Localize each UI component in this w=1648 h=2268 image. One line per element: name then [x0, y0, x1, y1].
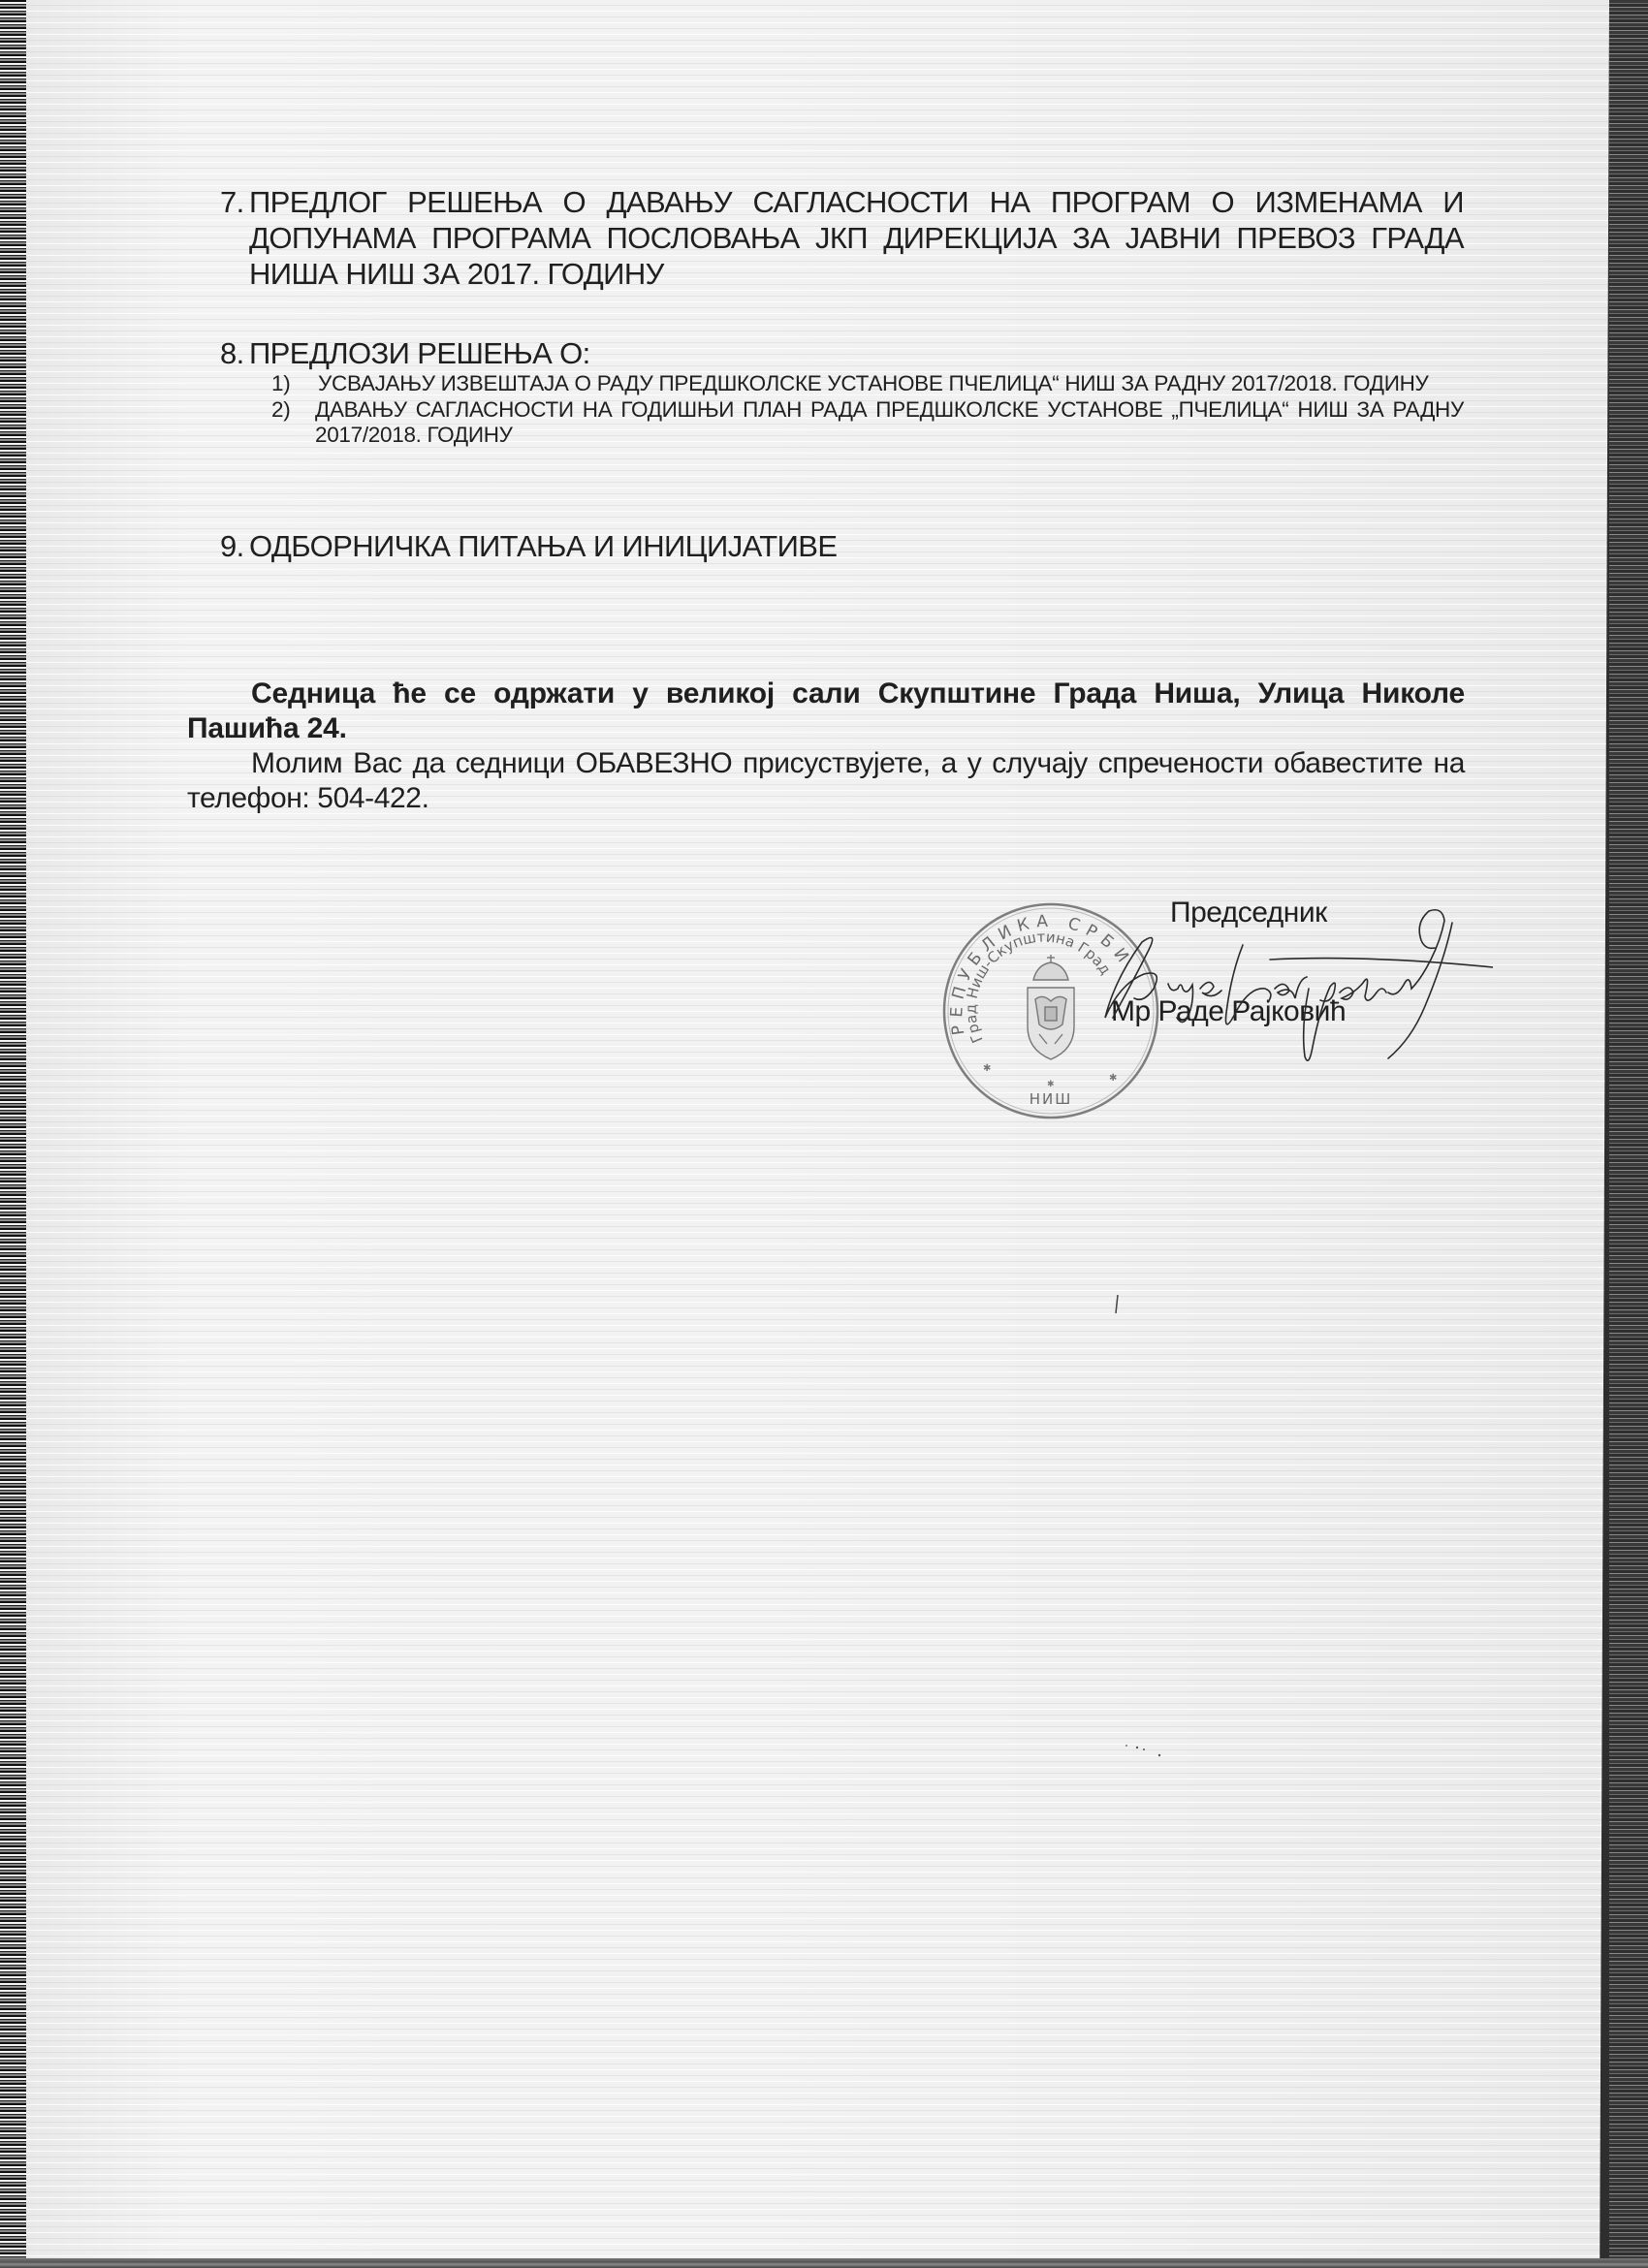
agenda-item-text: ПРЕДЛОЗИ РЕШЕЊА О: — [249, 335, 1464, 371]
handwritten-signature — [1076, 892, 1493, 1086]
agenda-item-8: 8. ПРЕДЛОЗИ РЕШЕЊА О: — [220, 335, 1464, 371]
stamp-bottom-text: НИШ — [1030, 1090, 1073, 1108]
agenda-item-number: 9. — [220, 528, 244, 564]
agenda-item-number: 8. — [220, 335, 244, 371]
attendance-notice-text: Молим Вас да седници ОБАВЕЗНО присуствуј… — [187, 746, 1465, 816]
agenda-item-8-subitems: 1) УСВАЈАЊУ ИЗВЕШТАЈА О РАДУ ПРЕДШКОЛСКЕ… — [271, 371, 1464, 449]
coat-of-arms-icon — [1028, 955, 1074, 1059]
star-icon: ✱ — [1047, 1079, 1055, 1088]
agenda-subitem-text: УСВАЈАЊУ ИЗВЕШТАЈА О РАДУ ПРЕДШКОЛСКЕ УС… — [315, 371, 1464, 397]
venue-notice: Седница ће се одржати у великој сали Ску… — [187, 677, 1465, 746]
document-content: 7. ПРЕДЛОГ РЕШЕЊА О ДАВАЊУ САГЛАСНОСТИ Н… — [0, 0, 1648, 2268]
agenda-item-7: 7. ПРЕДЛОГ РЕШЕЊА О ДАВАЊУ САГЛАСНОСТИ Н… — [220, 184, 1464, 292]
agenda-subitem-1: 1) УСВАЈАЊУ ИЗВЕШТАЈА О РАДУ ПРЕДШКОЛСКЕ… — [271, 371, 1464, 397]
agenda-subitem-text: ДАВАЊУ САГЛАСНОСТИ НА ГОДИШЊИ ПЛАН РАДА … — [315, 397, 1464, 449]
venue-notice-text: Седница ће се одржати у великој сали Ску… — [187, 677, 1465, 746]
agenda-subitem-number: 1) — [271, 371, 290, 397]
agenda-item-number: 7. — [220, 184, 244, 220]
agenda-subitem-2: 2) ДАВАЊУ САГЛАСНОСТИ НА ГОДИШЊИ ПЛАН РА… — [271, 397, 1464, 449]
attendance-notice: Молим Вас да седници ОБАВЕЗНО присуствуј… — [187, 746, 1465, 816]
agenda-item-9: 9. ОДБОРНИЧКА ПИТАЊА И ИНИЦИЈАТИВЕ — [220, 528, 1464, 564]
agenda-item-text: ОДБОРНИЧКА ПИТАЊА И ИНИЦИЈАТИВЕ — [249, 528, 1464, 564]
star-icon: ✱ — [983, 1063, 991, 1074]
agenda-subitem-number: 2) — [271, 397, 290, 424]
scan-dots — [1125, 1740, 1183, 1759]
agenda-item-text: ПРЕДЛОГ РЕШЕЊА О ДАВАЊУ САГЛАСНОСТИ НА П… — [249, 184, 1464, 292]
scan-mark — [1113, 1294, 1121, 1315]
